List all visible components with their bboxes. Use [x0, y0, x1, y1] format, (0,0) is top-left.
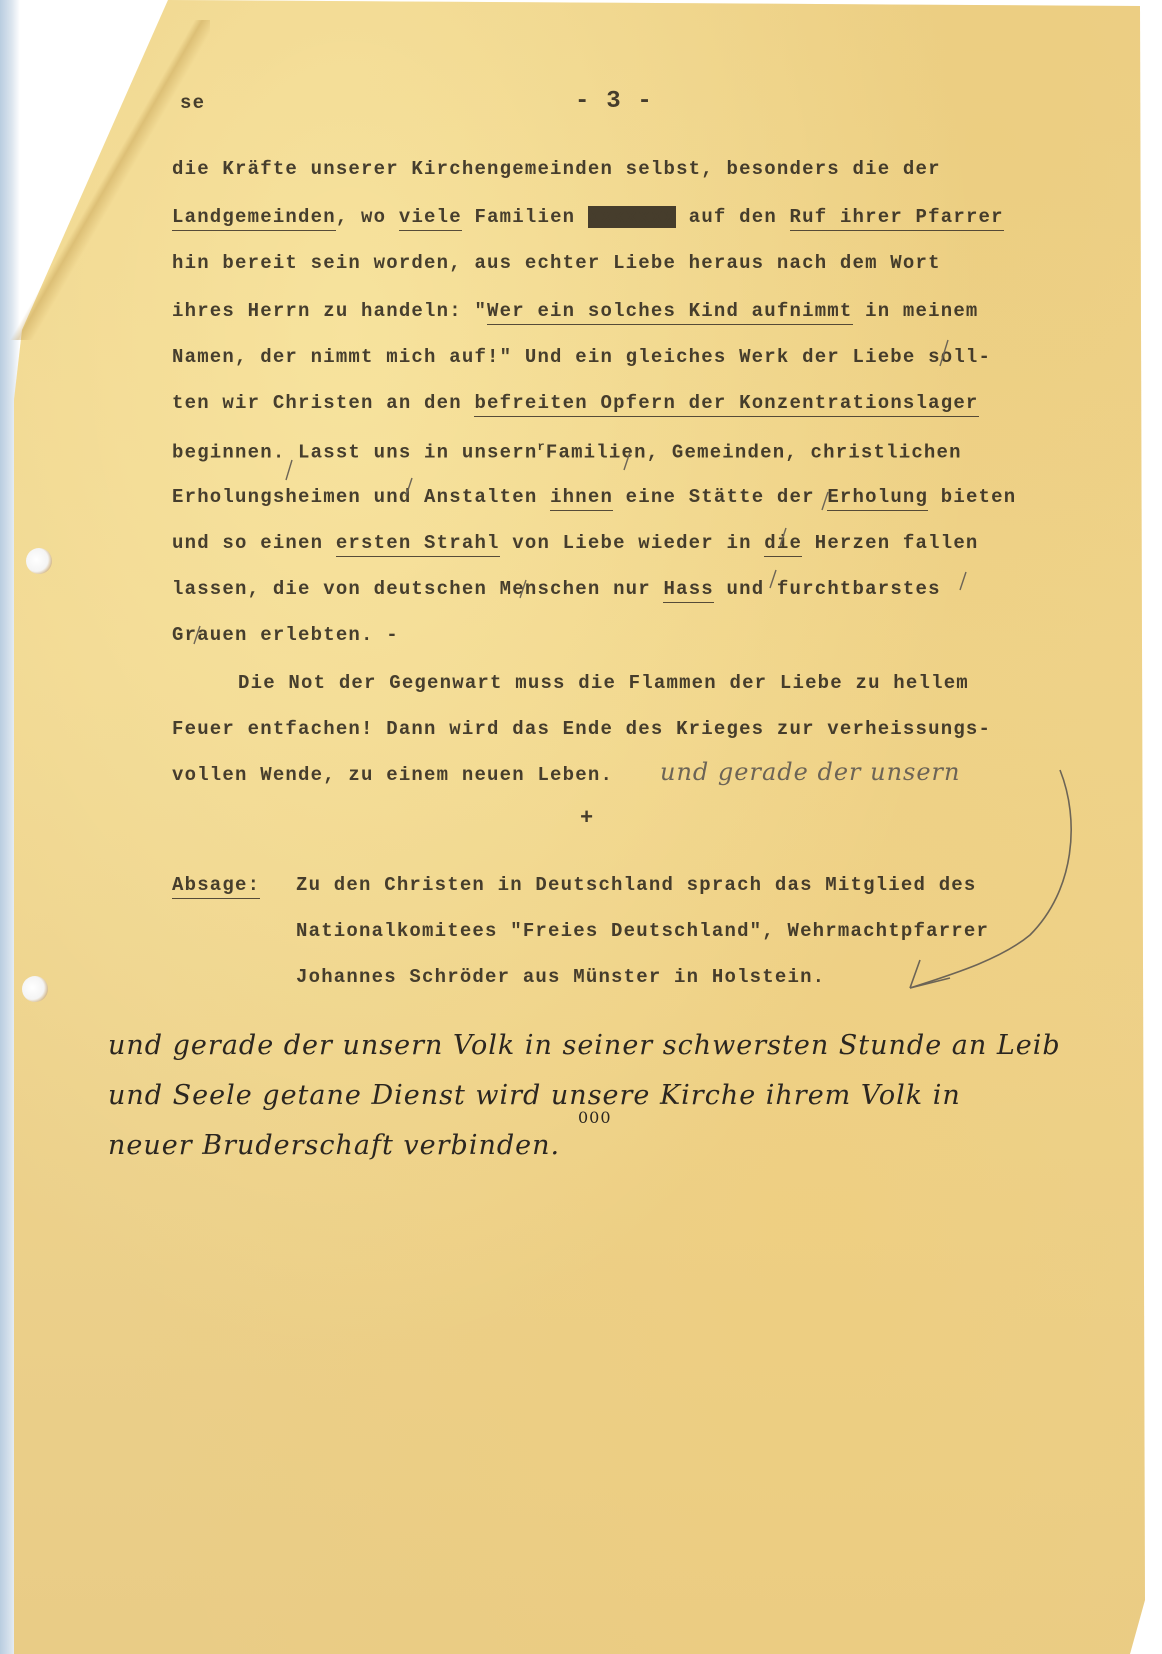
closing-line-2: Nationalkomitees "Freies Deutschland", W… [296, 920, 989, 942]
pencil-arrow-icon [890, 760, 1090, 1000]
closing-line-1: Zu den Christen in Deutschland sprach da… [296, 874, 977, 896]
closing-label: Absage: [172, 874, 260, 896]
body-line-14: vollen Wende, zu einem neuen Leben. [172, 764, 613, 786]
closing-line-3: Johannes Schröder aus Münster in Holstei… [296, 966, 825, 988]
ink-annotation-line-3: neuer Bruderschaft verbinden. [108, 1130, 560, 1161]
end-mark: 000 [578, 1108, 612, 1127]
section-separator: + [580, 806, 594, 831]
punch-hole-bottom [22, 976, 48, 1002]
body-line-13: Feuer entfachen! Dann wird das Ende des … [172, 718, 991, 740]
ink-annotation-line-2: und Seele getane Dienst wird unsere Kirc… [108, 1080, 961, 1111]
ink-annotation-line-1: und gerade der unsern Volk in seiner sch… [108, 1030, 1061, 1061]
underline-absage: Absage: [172, 874, 260, 899]
pencil-correction-marks [0, 0, 1162, 700]
